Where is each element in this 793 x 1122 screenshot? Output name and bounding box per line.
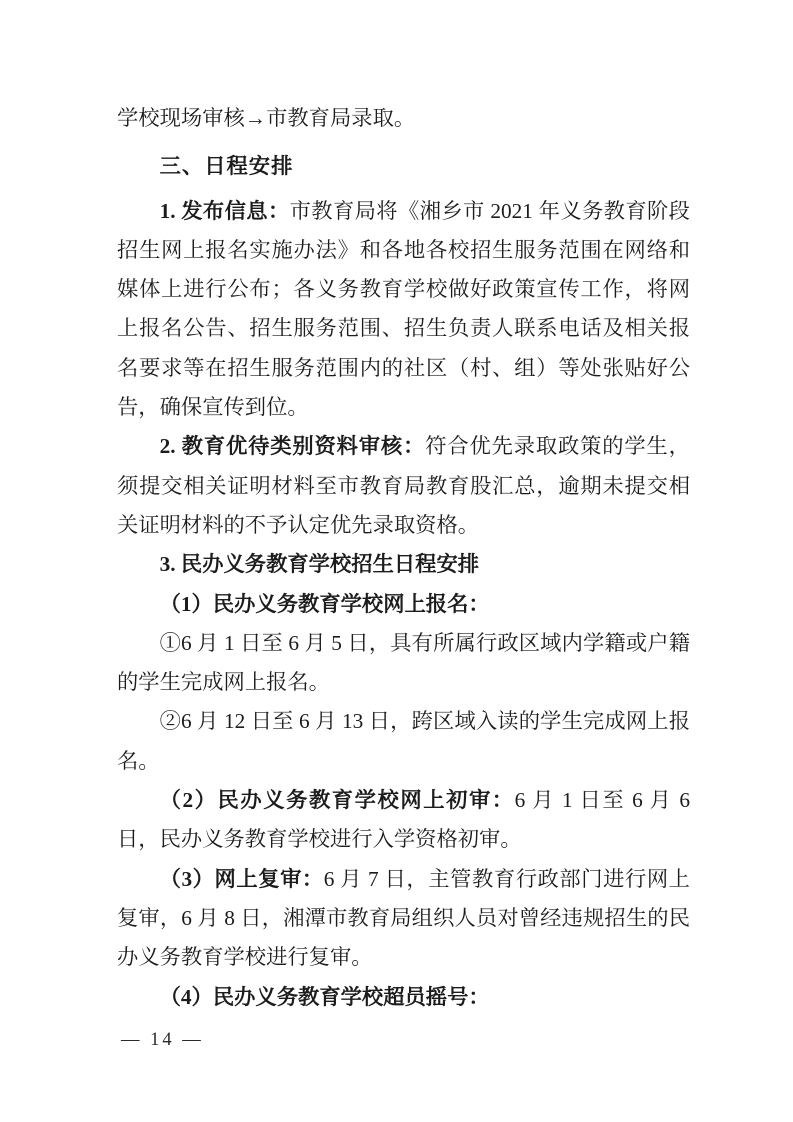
- paragraph-lead-text: 3. 民办义务教育学校招生日程安排: [160, 552, 479, 576]
- paragraph: 2. 教育优待类别资料审核：符合优先录取政策的学生，须提交相关证明材料至市教育局…: [117, 427, 690, 545]
- paragraph-lead-text: 2. 教育优待类别资料审核：: [160, 434, 426, 458]
- paragraph-lead-text: （4）民办义务教育学校超员摇号：: [160, 985, 490, 1009]
- paragraph: （2）民办义务教育学校网上初审：6 月 1 日至 6 月 6 日，民办义务教育学…: [117, 781, 690, 860]
- paragraph-text: ②6 月 12 日至 6 月 13 日，跨区域入读的学生完成网上报名。: [117, 709, 690, 772]
- document-body: 学校现场审核→市教育局录取。三、日程安排1. 发布信息：市教育局将《湘乡市 20…: [117, 99, 690, 1017]
- paragraph-text: 学校现场审核→市教育局录取。: [117, 106, 415, 130]
- paragraph: （3）网上复审：6 月 7 日，主管教育行政部门进行网上复审，6 月 8 日，湘…: [117, 860, 690, 978]
- paragraph: 1. 发布信息：市教育局将《湘乡市 2021 年义务教育阶段招生网上报名实施办法…: [117, 192, 690, 428]
- paragraph: ②6 月 12 日至 6 月 13 日，跨区域入读的学生完成网上报名。: [117, 702, 690, 781]
- section-heading: 三、日程安排: [117, 147, 690, 186]
- paragraph-lead-text: 1. 发布信息：: [160, 199, 290, 223]
- paragraph-text: ①6 月 1 日至 6 月 5 日，具有所属行政区域内学籍或户籍的学生完成网上报…: [117, 631, 690, 694]
- page-number: — 14 —: [121, 1030, 204, 1051]
- paragraph: ①6 月 1 日至 6 月 5 日，具有所属行政区域内学籍或户籍的学生完成网上报…: [117, 624, 690, 703]
- paragraph: （1）民办义务教育学校网上报名：: [117, 585, 690, 624]
- paragraph-lead-text: （1）民办义务教育学校网上报名：: [160, 592, 490, 616]
- paragraph: 学校现场审核→市教育局录取。: [117, 99, 690, 138]
- document-page: 学校现场审核→市教育局录取。三、日程安排1. 发布信息：市教育局将《湘乡市 20…: [0, 0, 793, 1122]
- paragraph-lead-text: 三、日程安排: [160, 154, 294, 178]
- paragraph: （4）民办义务教育学校超员摇号：: [117, 978, 690, 1017]
- paragraph: 3. 民办义务教育学校招生日程安排: [117, 545, 690, 584]
- paragraph-text: 市教育局将《湘乡市 2021 年义务教育阶段招生网上报名实施办法》和各地各校招生…: [117, 199, 690, 419]
- paragraph-lead-text: （2）民办义务教育学校网上初审：: [160, 788, 515, 812]
- paragraph-lead-text: （3）网上复审：: [160, 867, 324, 891]
